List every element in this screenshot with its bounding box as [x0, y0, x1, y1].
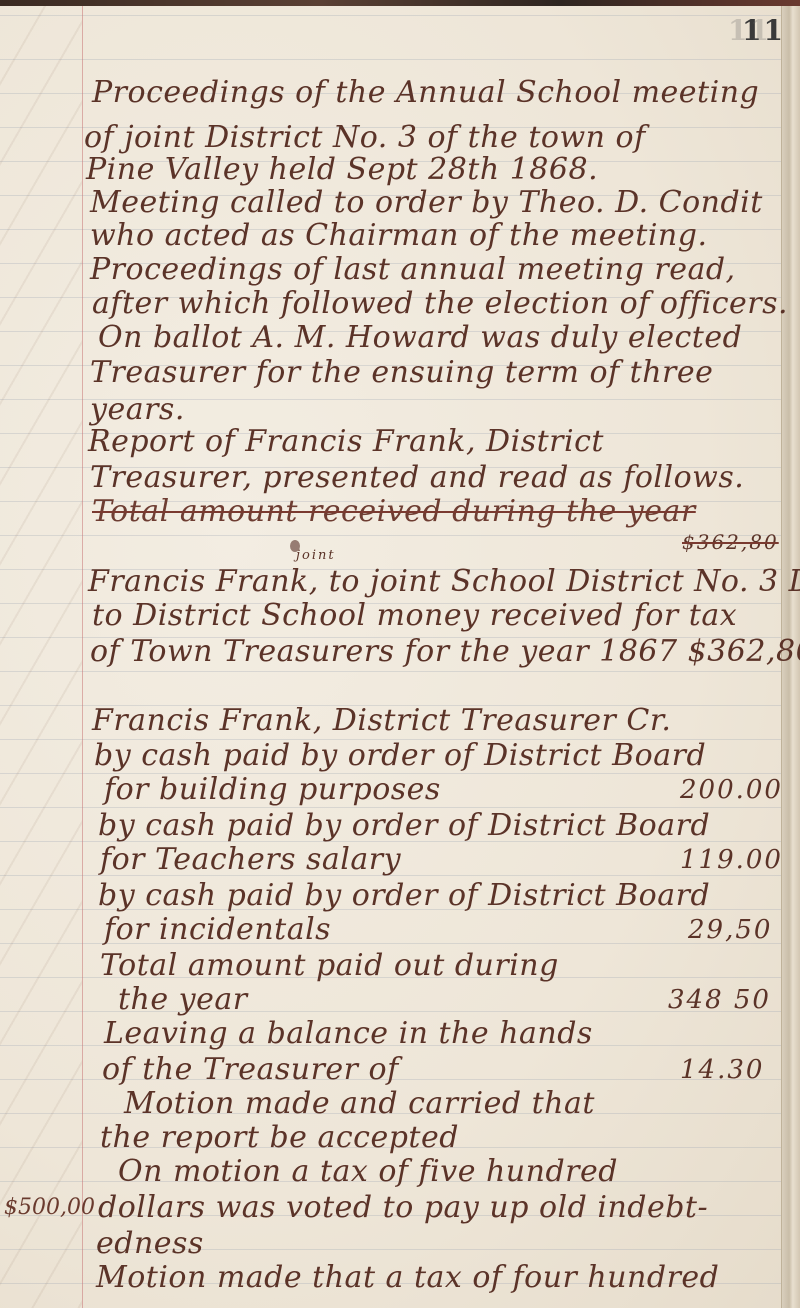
- handwritten-line: the report be accepted: [100, 1120, 459, 1155]
- ink-bleedthrough: [0, 6, 82, 1308]
- amount-building: 200.00: [680, 775, 783, 805]
- handwritten-line: Report of Francis Frank, District: [88, 424, 604, 459]
- handwritten-line: On ballot A. M. Howard was duly elected: [98, 320, 742, 355]
- handwritten-line: after which followed the election of off…: [92, 286, 788, 321]
- handwritten-line: of the Treasurer of: [102, 1052, 399, 1087]
- interlinear-insert: joint: [296, 548, 336, 563]
- page-number-ghost: 11: [728, 14, 771, 47]
- handwritten-line: Total amount paid out during: [100, 948, 559, 983]
- handwritten-line: Motion made that a tax of four hundred: [96, 1260, 719, 1295]
- handwritten-line: Pine Valley held Sept 28th 1868.: [86, 152, 598, 187]
- handwritten-line: who acted as Chairman of the meeting.: [90, 218, 707, 253]
- handwritten-line: Motion made and carried that: [124, 1086, 595, 1121]
- handwritten-line: the year: [118, 982, 248, 1017]
- handwritten-line: Francis Frank, District Treasurer Cr.: [92, 703, 671, 738]
- handwritten-line: On motion a tax of five hundred: [118, 1154, 618, 1189]
- handwritten-line: for building purposes: [104, 772, 441, 807]
- handwritten-line: by cash paid by order of District Board: [98, 878, 710, 913]
- amount-balance: 14.30: [680, 1055, 764, 1085]
- struck-amount: $362,80: [682, 530, 779, 554]
- handwritten-line: by cash paid by order of District Board: [98, 808, 710, 843]
- handwritten-line: Francis Frank, to joint School District …: [88, 564, 800, 599]
- amount-total-paid: 348 50: [668, 985, 771, 1015]
- handwritten-line: years.: [90, 392, 185, 427]
- handwritten-line: Proceedings of the Annual School meeting: [92, 75, 759, 110]
- struck-line: Total amount received during the year: [92, 494, 696, 529]
- handwritten-line: for incidentals: [104, 912, 331, 947]
- amount-teachers-salary: 119.00: [680, 845, 783, 875]
- handwritten-line: by cash paid by order of District Board: [94, 738, 706, 773]
- handwritten-line: to District School money received for ta…: [92, 598, 737, 633]
- page-number: 11 11: [742, 14, 785, 47]
- handwritten-line: of Town Treasurers for the year 1867 $36…: [90, 634, 800, 669]
- margin-rule: [82, 6, 83, 1308]
- handwritten-line: dollars was voted to pay up old indebt-: [98, 1190, 708, 1225]
- handwritten-line: Treasurer for the ensuing term of three: [90, 355, 713, 390]
- handwritten-line: Leaving a balance in the hands: [104, 1016, 593, 1051]
- handwritten-line: Meeting called to order by Theo. D. Cond…: [90, 185, 763, 220]
- handwritten-line: for Teachers salary: [100, 842, 401, 877]
- handwritten-line: Proceedings of last annual meeting read,: [90, 252, 736, 287]
- amount-incidentals: 29,50: [688, 915, 772, 945]
- margin-note-amount: $500,00: [4, 1195, 95, 1220]
- handwritten-line: Treasurer, presented and read as follows…: [90, 460, 744, 495]
- handwritten-line: of joint District No. 3 of the town of: [84, 120, 646, 155]
- handwritten-line: edness: [96, 1226, 204, 1261]
